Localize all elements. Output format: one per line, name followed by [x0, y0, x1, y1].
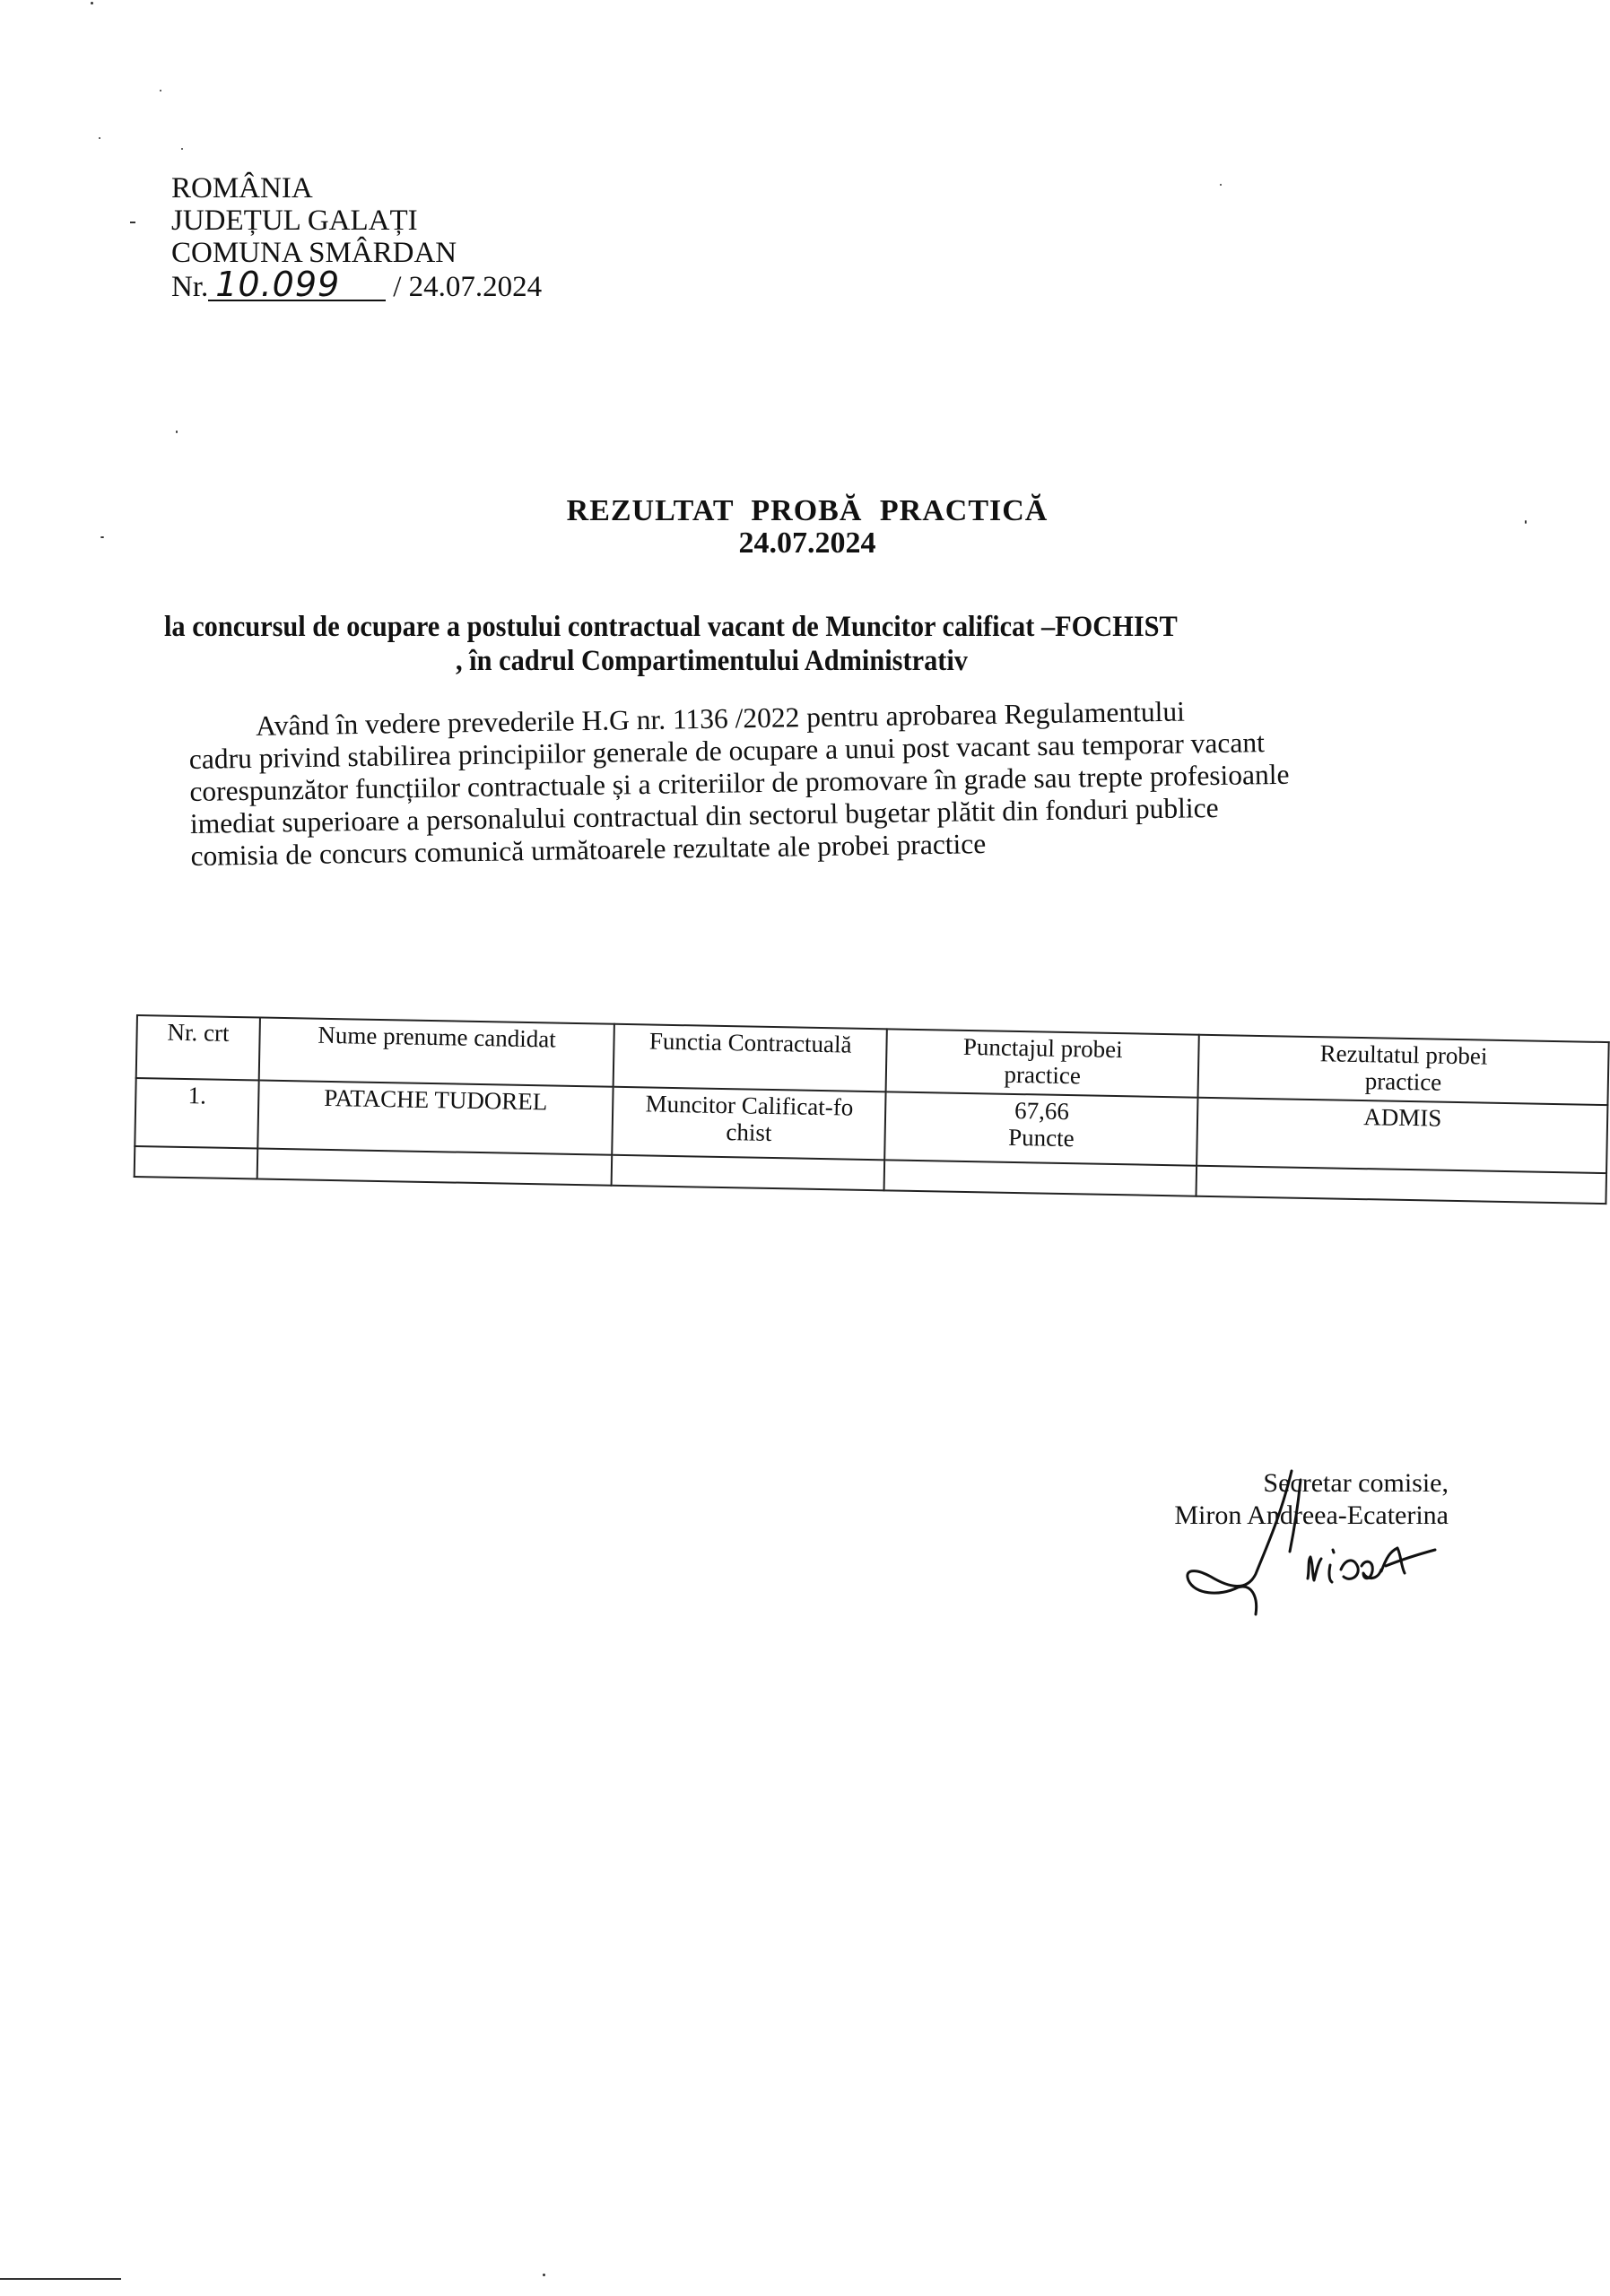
contest-subtitle: la concursul de ocupare a postului contr…	[164, 610, 1599, 678]
cell-function: Muncitor Calificat-fochist	[612, 1087, 886, 1161]
cell-result	[1197, 1166, 1606, 1204]
cell-score: 67,66 Puncte	[884, 1091, 1197, 1165]
reg-prefix: Nr.	[171, 271, 208, 303]
header-score-label: Punctajul probei practice	[944, 1033, 1142, 1091]
cell-nr	[135, 1146, 257, 1179]
scan-speck	[160, 90, 161, 91]
subtitle-line-2: , în cadrul Compartimentului Administrat…	[456, 644, 1508, 678]
scan-speck	[1220, 184, 1222, 186]
header-nr: Nr. crt	[136, 1015, 260, 1080]
cell-function-text: Muncitor Calificat-fochist	[641, 1090, 857, 1147]
scan-speck	[1525, 520, 1527, 524]
scan-speck	[100, 536, 104, 538]
cell-score	[884, 1160, 1197, 1196]
cell-name	[257, 1149, 613, 1186]
title-date: 24.07.2024	[502, 527, 1112, 560]
header-function: Functia Contractuală	[614, 1024, 887, 1092]
scan-edge-line	[0, 2278, 121, 2280]
scan-speck	[91, 2, 93, 4]
document-title: REZULTAT PROBĂ PRACTICĂ 24.07.2024	[502, 495, 1112, 560]
header-name: Nume prenume candidat	[259, 1018, 614, 1087]
scan-speck	[176, 430, 178, 433]
results-table: Nr. crt Nume prenume candidat Functia Co…	[134, 1014, 1610, 1205]
scan-speck	[99, 137, 100, 139]
scan-speck	[543, 2274, 545, 2276]
header-result-label: Rezultatul probei practice	[1300, 1039, 1507, 1097]
cell-result: ADMIS	[1197, 1098, 1607, 1173]
cell-name: PATACHE TUDOREL	[257, 1081, 614, 1155]
score-unit: Puncte	[890, 1121, 1194, 1153]
legal-paragraph: Având în vedere prevederile H.G nr. 1136…	[188, 694, 1291, 873]
scan-speck	[181, 148, 183, 150]
handwritten-signature-icon	[1166, 1462, 1453, 1623]
county-label: JUDEȚUL GALAȚI	[171, 204, 542, 237]
header-score: Punctajul probei practice	[886, 1029, 1199, 1097]
title-main: REZULTAT PROBĂ PRACTICĂ	[502, 495, 1112, 527]
cell-nr: 1.	[135, 1078, 258, 1148]
registration-number: Nr. 10.099 / 24.07.2024	[171, 269, 542, 303]
country-label: ROMÂNIA	[171, 172, 542, 204]
reg-number-handwritten: 10.099	[208, 269, 386, 301]
reg-date: / 24.07.2024	[393, 271, 542, 303]
header-result: Rezultatul probei practice	[1198, 1035, 1609, 1105]
subtitle-line-1: la concursul de ocupare a postului contr…	[164, 610, 1484, 644]
cell-function	[612, 1155, 885, 1191]
scan-speck	[130, 222, 135, 223]
issuer-header: ROMÂNIA JUDEȚUL GALAȚI COMUNA SMÂRDAN Nr…	[171, 172, 542, 303]
